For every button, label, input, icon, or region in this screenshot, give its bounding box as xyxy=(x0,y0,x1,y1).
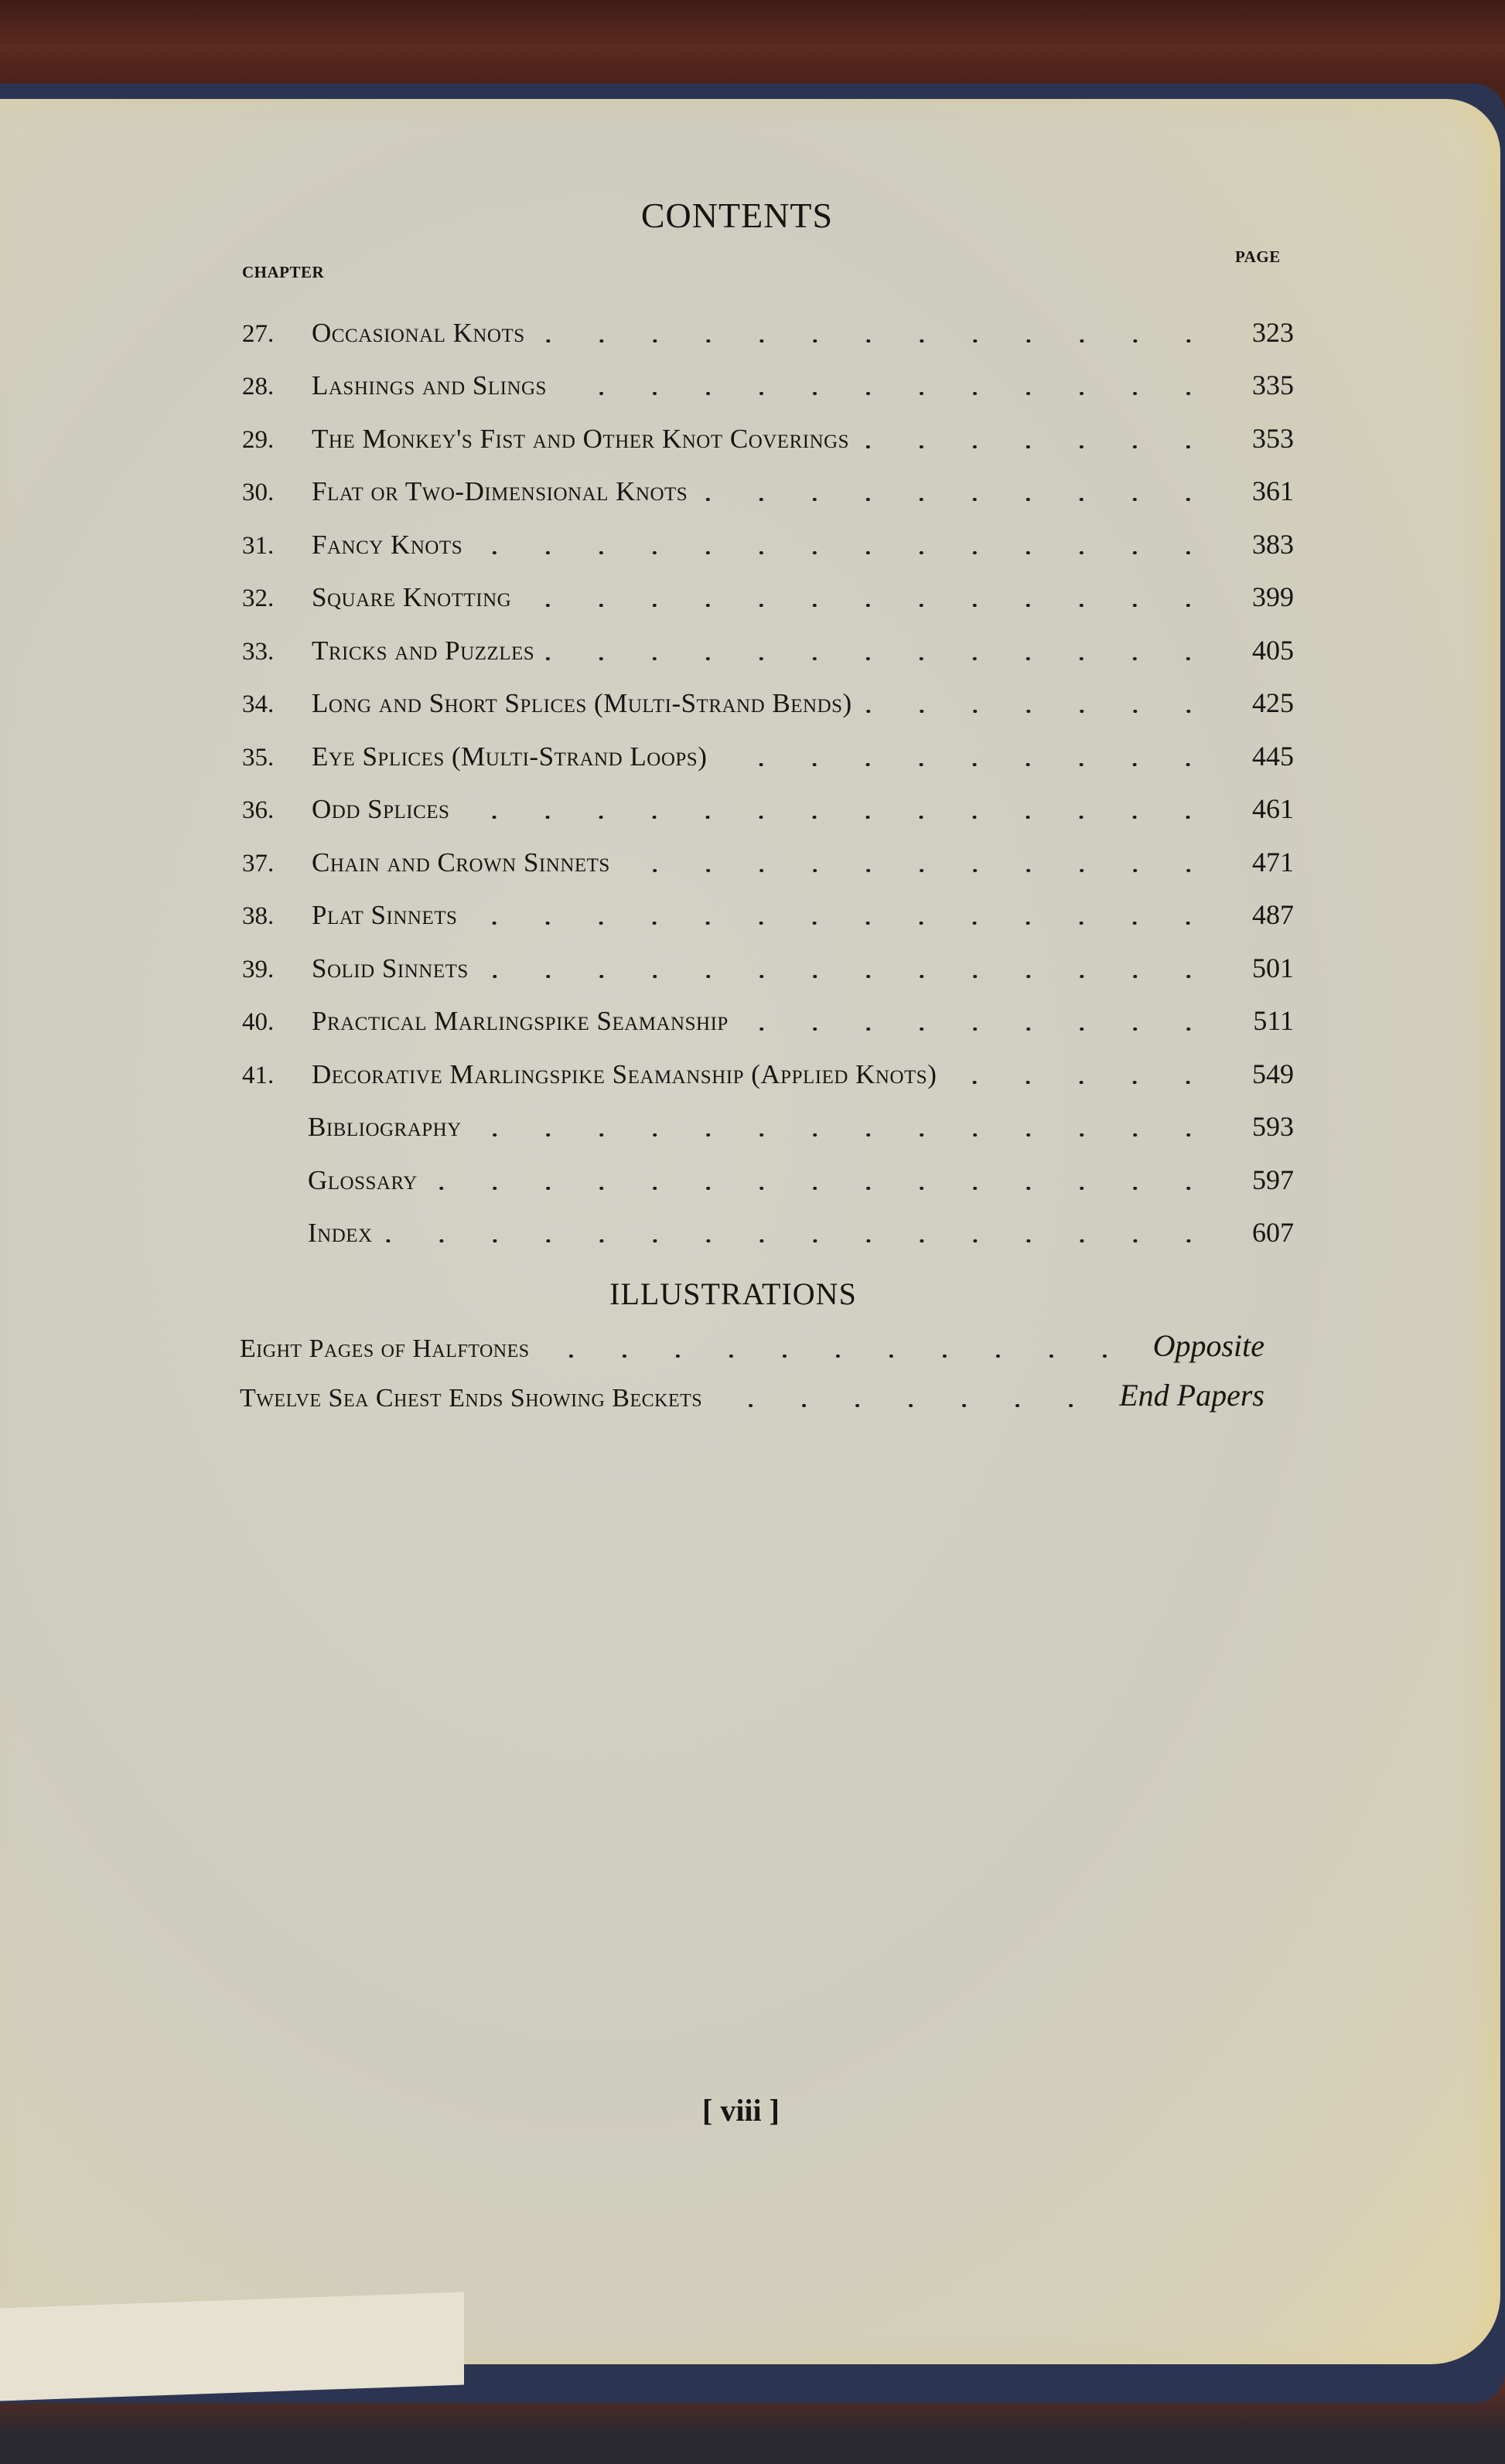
dot-leader xyxy=(384,1239,1215,1242)
chapter-number: 29. xyxy=(242,426,312,455)
dot-leader xyxy=(621,869,1215,872)
contents-heading: CONTENTS xyxy=(0,195,1490,236)
toc-entry: 31.Fancy Knots383 xyxy=(242,507,1294,561)
chapter-title: Lashings and Slings xyxy=(312,370,547,401)
chapter-title: Plat Sinnets xyxy=(312,900,457,931)
page-number: 597 xyxy=(1232,1164,1294,1196)
page-number: 323 xyxy=(1232,316,1294,349)
chapter-title: Fancy Knots xyxy=(312,530,462,561)
toc-entry-glossary: Glossary597 xyxy=(242,1143,1294,1196)
page-number: 425 xyxy=(1232,687,1294,719)
toc-entry: 32.Square Knotting399 xyxy=(242,561,1294,614)
page-column-header: PAGE xyxy=(1235,247,1281,267)
chapter-title: Odd Splices xyxy=(312,794,449,825)
chapter-number: 41. xyxy=(242,1062,312,1090)
chapter-number: 40. xyxy=(242,1008,312,1037)
table-of-contents: 27.Occasional Knots323 28.Lashings and S… xyxy=(242,295,1294,1249)
page-number: 461 xyxy=(1232,792,1294,825)
page-number: 353 xyxy=(1232,422,1294,455)
page-number: 487 xyxy=(1232,898,1294,931)
dot-leader xyxy=(479,975,1215,978)
toc-entry-index: Index607 xyxy=(242,1196,1294,1249)
chapter-title: Decorative Marlingspike Seamanship (Appl… xyxy=(312,1059,937,1090)
chapter-number: 36. xyxy=(242,796,312,825)
back-matter-title: Index xyxy=(308,1218,373,1249)
back-matter-title: Bibliography xyxy=(308,1112,462,1143)
toc-entry: 38.Plat Sinnets487 xyxy=(242,878,1294,932)
page-number: 607 xyxy=(1232,1216,1294,1249)
dot-leader xyxy=(947,1081,1215,1084)
dot-leader xyxy=(739,1028,1215,1031)
chapter-title: Square Knotting xyxy=(312,582,511,613)
toc-entry: 41.Decorative Marlingspike Seamanship (A… xyxy=(242,1037,1294,1090)
chapter-number: 33. xyxy=(242,638,312,666)
dot-leader xyxy=(558,392,1215,395)
chapter-number: 31. xyxy=(242,532,312,561)
dot-leader xyxy=(473,1133,1215,1137)
chapter-number: 34. xyxy=(242,690,312,719)
page-number: 593 xyxy=(1232,1110,1294,1143)
dot-leader xyxy=(698,498,1215,501)
chapter-title: Chain and Crown Sinnets xyxy=(312,847,610,878)
toc-entry: 35.Eye Splices (Multi-Strand Loops)445 xyxy=(242,719,1294,772)
chapter-title: Practical Marlingspike Seamanship xyxy=(312,1006,729,1037)
dot-leader xyxy=(522,604,1215,607)
page-number: 361 xyxy=(1232,475,1294,507)
dot-leader xyxy=(473,551,1215,554)
toc-entry: 27.Occasional Knots323 xyxy=(242,295,1294,349)
toc-entry: 37.Chain and Crown Sinnets471 xyxy=(242,825,1294,878)
page-number: 511 xyxy=(1232,1004,1294,1037)
dot-leader xyxy=(536,339,1215,343)
toc-entry: 30.Flat or Two-Dimensional Knots361 xyxy=(242,455,1294,508)
toc-entry: 34.Long and Short Splices (Multi-Strand … xyxy=(242,666,1294,720)
illustration-title: Twelve Sea Chest Ends Showing Beckets xyxy=(240,1384,702,1413)
illustration-entry: Eight Pages of HalftonesOpposite xyxy=(240,1314,1264,1364)
page-number: 405 xyxy=(1232,634,1294,666)
chapter-number: 32. xyxy=(242,584,312,613)
page-number: 501 xyxy=(1232,952,1294,984)
dot-leader xyxy=(860,445,1215,448)
chapter-number: 27. xyxy=(242,320,312,349)
illustrations-heading: ILLUSTRATIONS xyxy=(0,1276,1486,1312)
toc-entry-bibliography: Bibliography593 xyxy=(242,1090,1294,1143)
chapter-number: 28. xyxy=(242,373,312,401)
dot-leader xyxy=(863,710,1215,713)
page-number: 335 xyxy=(1232,369,1294,401)
toc-entry: 29.The Monkey's Fist and Other Knot Cove… xyxy=(242,401,1294,455)
illustration-location: Opposite xyxy=(1148,1327,1264,1364)
chapter-column-header: CHAPTER xyxy=(242,263,324,282)
dot-leader xyxy=(460,816,1215,819)
illustration-title: Eight Pages of Halftones xyxy=(240,1334,530,1364)
page-number: 445 xyxy=(1232,740,1294,772)
page-number: 383 xyxy=(1232,528,1294,561)
paper-slip xyxy=(0,2292,464,2401)
chapter-number: 39. xyxy=(242,956,312,984)
page-number: 399 xyxy=(1232,581,1294,613)
dot-leader xyxy=(545,657,1215,660)
illustrations-list: Eight Pages of HalftonesOpposite Twelve … xyxy=(240,1314,1264,1413)
illustration-entry: Twelve Sea Chest Ends Showing BecketsEnd… xyxy=(240,1364,1264,1413)
chapter-title: The Monkey's Fist and Other Knot Coverin… xyxy=(312,424,849,455)
dot-leader xyxy=(541,1355,1131,1358)
chapter-number: 30. xyxy=(242,479,312,507)
toc-entry: 39.Solid Sinnets501 xyxy=(242,931,1294,984)
chapter-number: 37. xyxy=(242,850,312,878)
chapter-title: Long and Short Splices (Multi-Strand Ben… xyxy=(312,688,852,719)
toc-entry: 40.Practical Marlingspike Seamanship511 xyxy=(242,984,1294,1038)
chapter-title: Solid Sinnets xyxy=(312,953,469,984)
illustration-location: End Papers xyxy=(1114,1377,1264,1413)
toc-entry: 33.Tricks and Puzzles405 xyxy=(242,613,1294,666)
back-matter-title: Glossary xyxy=(308,1165,418,1196)
page-number: 471 xyxy=(1232,846,1294,878)
dot-leader xyxy=(428,1187,1215,1190)
page-folio: [ viii ] xyxy=(0,2092,1493,2128)
toc-entry: 28.Lashings and Slings335 xyxy=(242,349,1294,402)
chapter-title: Eye Splices (Multi-Strand Loops) xyxy=(312,741,707,772)
chapter-number: 38. xyxy=(242,902,312,931)
chapter-title: Flat or Two-Dimensional Knots xyxy=(312,476,688,507)
dot-leader xyxy=(713,1404,1097,1407)
dot-leader xyxy=(468,922,1215,925)
page-number: 549 xyxy=(1232,1058,1294,1090)
chapter-number: 35. xyxy=(242,744,312,772)
dot-leader xyxy=(718,763,1215,766)
chapter-title: Occasional Knots xyxy=(312,318,525,349)
chapter-title: Tricks and Puzzles xyxy=(312,636,534,666)
toc-entry: 36.Odd Splices461 xyxy=(242,772,1294,826)
